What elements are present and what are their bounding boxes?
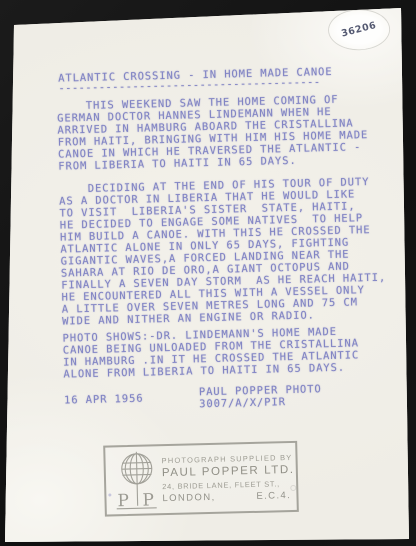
- photo-card-back: 36206 ATLANTIC CROSSING - IN HOME MADE C…: [0, 0, 416, 546]
- caption-paragraph-1: THIS WEEKEND SAW THE HOME COMING OF GERM…: [57, 93, 369, 173]
- caption-paragraph-2: DECIDING AT THE END OF HIS TOUR OF DUTY …: [59, 176, 387, 328]
- globe-ppp-logo-icon: P P: [111, 449, 161, 512]
- date-stamp: 16 APR 1956: [64, 393, 144, 407]
- caption-photo-shows: PHOTO SHOWS:-DR. LINDEMANN'S HOME MADE C…: [62, 325, 359, 380]
- stamp-text-block: PHOTOGRAPH SUPPLIED BY PAUL POPPER LTD. …: [159, 448, 301, 507]
- paper-speck: [291, 486, 295, 490]
- ink-speck: [108, 493, 111, 496]
- archive-number: 36206: [341, 20, 378, 39]
- stamp-city: LONDON,: [162, 490, 215, 504]
- card-content: 36206 ATLANTIC CROSSING - IN HOME MADE C…: [0, 0, 416, 546]
- stamp-city-line: LONDON, E.C.4.: [162, 488, 295, 504]
- stamp-postcode: E.C.4.: [256, 489, 291, 503]
- photo-credit-reference: PAUL POPPER PHOTO 3007/A/X/PIR: [199, 383, 322, 410]
- archive-number-sticker: 36206: [329, 10, 390, 50]
- supplier-rubber-stamp: P P PHOTOGRAPH SUPPLIED BY PAUL POPPER L…: [103, 441, 299, 517]
